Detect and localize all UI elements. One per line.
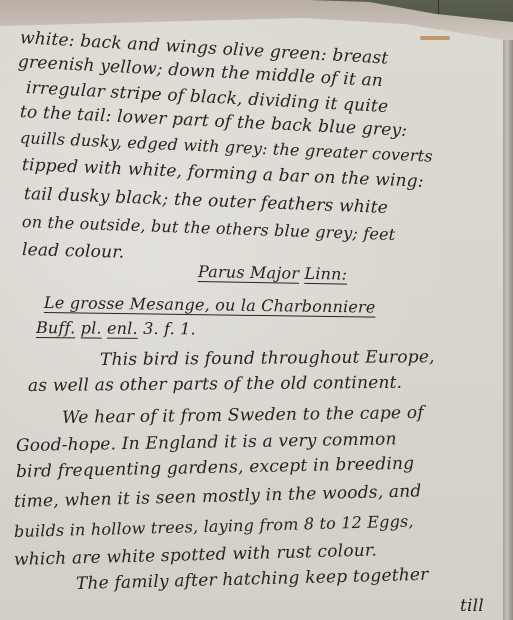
reference-line: Buff. pl. enl. 3. f. 1. bbox=[36, 318, 196, 338]
text-line: lead colour. bbox=[22, 240, 125, 263]
reference-work: Buff. bbox=[36, 318, 76, 337]
text-line: which are white spotted with rust colour… bbox=[14, 540, 377, 569]
species-authority: Linn: bbox=[304, 264, 347, 284]
species-latin-name: Parus Major bbox=[198, 262, 300, 283]
text-line: on the outside, but the others blue grey… bbox=[22, 212, 396, 244]
manuscript-text: white: back and wings olive green: breas… bbox=[0, 0, 513, 620]
text-line: as well as other parts of the old contin… bbox=[28, 373, 402, 396]
text-line: We hear of it from Sweden to the cape of bbox=[62, 403, 424, 428]
catchword: till bbox=[460, 596, 484, 616]
text-line: bird frequenting gardens, except in bree… bbox=[16, 454, 415, 482]
reference-figure: f. 1. bbox=[164, 319, 196, 338]
text-line: time, when it is seen mostly in the wood… bbox=[14, 481, 422, 512]
text-line: builds in hollow trees, laying from 8 to… bbox=[14, 512, 414, 541]
reference-number: 3. bbox=[143, 319, 159, 338]
species-heading: Parus Major Linn: bbox=[198, 262, 348, 284]
text-line: Good-hope. In England it is a very commo… bbox=[16, 429, 397, 456]
text-line: This bird is found throughout Europe, bbox=[100, 347, 435, 370]
text-line: The family after hatching keep together bbox=[76, 565, 429, 594]
reference-plate: pl. bbox=[81, 318, 102, 337]
text-line: tail dusky black; the outer feathers whi… bbox=[24, 184, 389, 218]
french-common-name: Le grosse Mesange, ou la Charbonniere bbox=[44, 293, 376, 317]
french-name: Le grosse Mesange, ou la Charbonniere bbox=[44, 293, 376, 317]
reference-edition: enl. bbox=[107, 319, 138, 338]
